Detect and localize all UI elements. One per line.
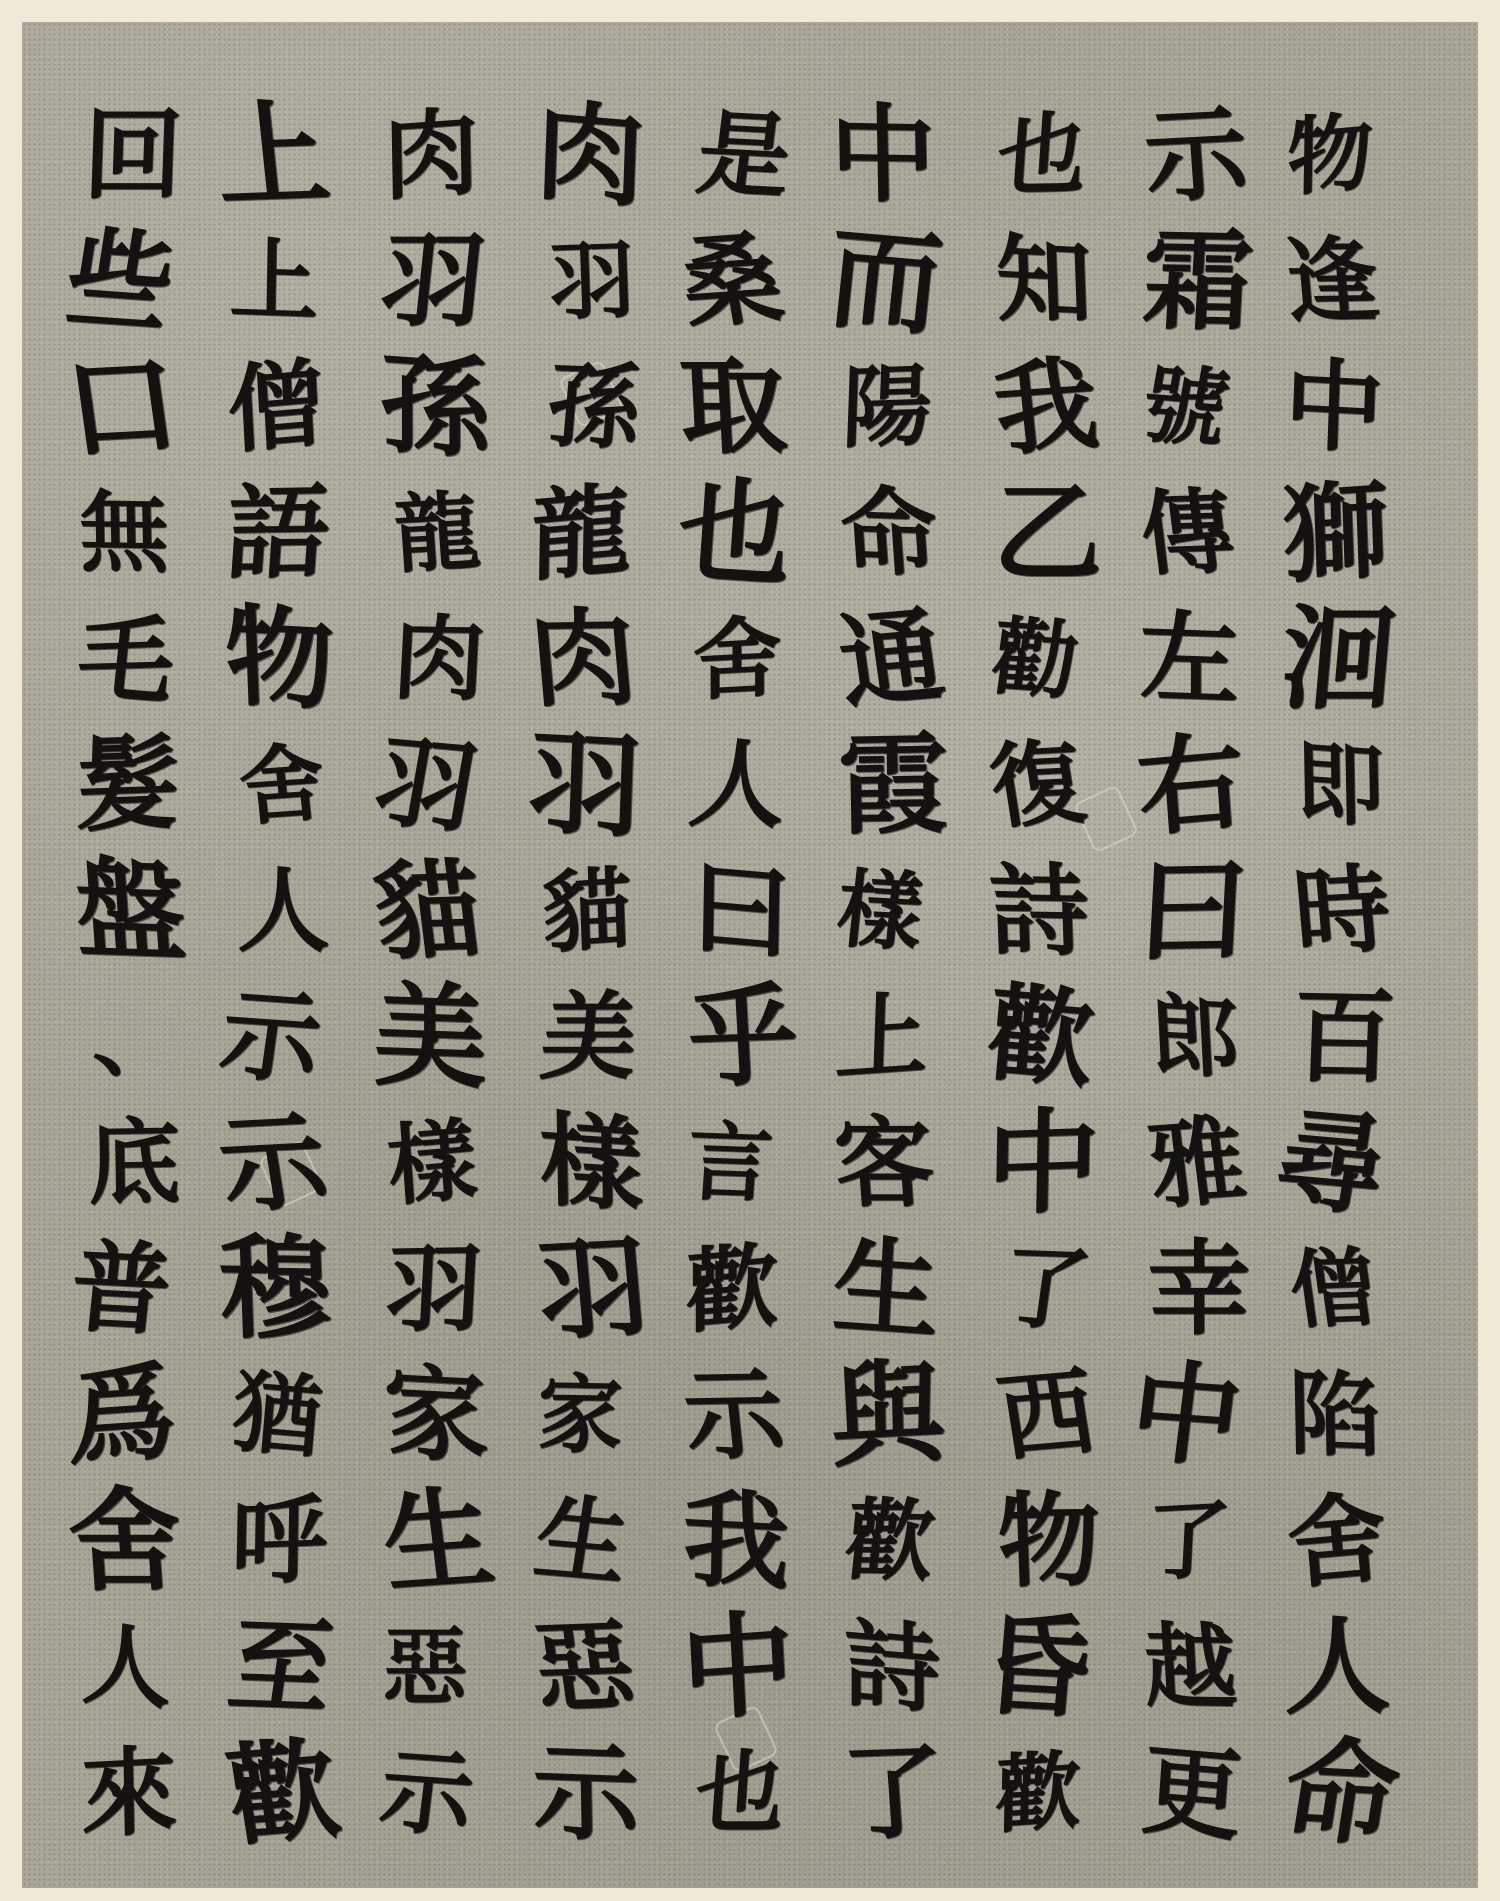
calligraphy-character: 西 xyxy=(991,1353,1104,1477)
calligraphy-character: 而 xyxy=(822,208,949,354)
calligraphy-character: 惡 xyxy=(382,1615,467,1718)
calligraphy-column-5: 是桑取也舍人曰乎言歡示我中也 xyxy=(662,92,812,1856)
calligraphy-character: 回 xyxy=(81,95,184,215)
calligraphy-character: 美 xyxy=(536,979,642,1095)
calligraphy-character: 乙 xyxy=(992,467,1104,600)
column-text: 肉羽孫龍肉羽貓美樣羽家生惡示 xyxy=(380,92,484,1856)
calligraphy-column-3: 也知我乙勸復詩歡中了西物昏歡 xyxy=(967,92,1117,1856)
calligraphy-character: 口 xyxy=(56,336,187,479)
calligraphy-character: 樣 xyxy=(538,1097,643,1228)
calligraphy-column-7: 肉羽孫龍肉羽貓美樣羽家生惡示 xyxy=(357,92,507,1856)
calligraphy-character: 無 xyxy=(79,478,170,587)
calligraphy-character: 越 xyxy=(1141,1610,1239,1723)
calligraphy-character: 歡 xyxy=(840,1486,940,1595)
calligraphy-character: 肉 xyxy=(533,84,647,226)
calligraphy-character: 穆 xyxy=(216,1220,334,1359)
calligraphy-character: 了 xyxy=(838,1729,949,1857)
calligraphy-character: 雅 xyxy=(1142,1102,1251,1224)
calligraphy-character: 人 xyxy=(80,1610,174,1723)
calligraphy-column-2: 示霜號傳左右曰郎雅幸中了越更 xyxy=(1117,92,1267,1856)
calligraphy-character: 示 xyxy=(1140,90,1251,220)
calligraphy-character: 貓 xyxy=(367,845,488,977)
calligraphy-character: 美 xyxy=(373,967,486,1108)
calligraphy-character: 貓 xyxy=(541,854,634,967)
calligraphy-character: 肉 xyxy=(390,602,488,715)
calligraphy-character: 命 xyxy=(837,473,941,592)
calligraphy-character: 命 xyxy=(1274,1722,1408,1865)
calligraphy-character: 上 xyxy=(229,226,320,337)
calligraphy-character: 也 xyxy=(994,100,1090,209)
calligraphy-character: 傳 xyxy=(1134,476,1240,591)
calligraphy-character: 曰 xyxy=(688,845,793,978)
calligraphy-character: 生 xyxy=(830,1221,943,1357)
calligraphy-character: 羽 xyxy=(375,219,491,343)
calligraphy-character: 勸 xyxy=(985,604,1084,713)
calligraphy-character: 陷 xyxy=(1288,1358,1382,1473)
calligraphy-character: 客 xyxy=(830,1103,938,1223)
column-text: 回些口無毛髮盤、底普爲舍人來 xyxy=(75,92,179,1856)
calligraphy-character: 底 xyxy=(87,1106,181,1219)
calligraphy-character: 時 xyxy=(1289,851,1394,972)
calligraphy-character: 語 xyxy=(222,470,333,596)
calligraphy-character: 上 xyxy=(834,978,931,1096)
calligraphy-character: 僧 xyxy=(225,345,327,469)
column-text: 中而陽命通霞樣上客生與歡詩了 xyxy=(835,92,939,1856)
calligraphy-character: 歡 xyxy=(218,1722,347,1864)
calligraphy-character: 樣 xyxy=(384,1106,480,1221)
calligraphy-column-6: 肉羽孫龍肉羽貓美樣羽家生惡示 xyxy=(512,92,662,1856)
calligraphy-character: 羽 xyxy=(367,721,486,849)
calligraphy-character: 上 xyxy=(208,85,335,226)
calligraphy-character: 曰 xyxy=(1133,842,1253,981)
calligraphy-character: 示 xyxy=(374,1734,479,1852)
calligraphy-character: 髮 xyxy=(74,721,181,849)
calligraphy-character: 陽 xyxy=(841,352,934,463)
calligraphy-character: 物 xyxy=(996,1478,1103,1604)
calligraphy-character: 也 xyxy=(674,461,796,605)
calligraphy-character: 示 xyxy=(532,1727,640,1859)
calligraphy-character: 了 xyxy=(1142,1487,1233,1595)
calligraphy-character: 生 xyxy=(528,1481,637,1600)
calligraphy-column-1: 物逢中獅洄即時百尋僧陷舍人命 xyxy=(1262,92,1412,1856)
calligraphy-character: 中 xyxy=(1282,344,1385,469)
calligraphy-column-9: 回些口無毛髮盤、底普爲舍人來 xyxy=(52,92,202,1856)
calligraphy-character: 物 xyxy=(223,590,338,728)
calligraphy-character: 來 xyxy=(80,1733,178,1854)
calligraphy-character: 示 xyxy=(213,974,328,1101)
calligraphy-character: 僧 xyxy=(1283,1236,1382,1342)
column-text: 是桑取也舍人曰乎言歡示我中也 xyxy=(685,92,789,1856)
calligraphy-character: 逢 xyxy=(1281,224,1383,337)
calligraphy-character: 惡 xyxy=(526,1605,642,1729)
calligraphy-character: 中 xyxy=(1123,1345,1248,1485)
column-text: 示霜號傳左右曰郎雅幸中了越更 xyxy=(1140,92,1244,1856)
calligraphy-character: 詩 xyxy=(987,850,1090,972)
calligraphy-character: 羽 xyxy=(526,714,644,857)
calligraphy-character: 物 xyxy=(1286,100,1374,210)
calligraphy-character: 詩 xyxy=(844,1605,940,1729)
calligraphy-character: 人 xyxy=(1284,1602,1395,1732)
calligraphy-character: 樣 xyxy=(832,857,928,965)
calligraphy-character: 羽 xyxy=(548,228,637,334)
calligraphy-character: 肉 xyxy=(382,94,480,216)
calligraphy-character: 人 xyxy=(237,855,331,967)
calligraphy-character: 通 xyxy=(831,593,950,726)
calligraphy-character: 尋 xyxy=(1266,1092,1395,1234)
column-text: 上上僧語物舍人示示穆猶呼至歡 xyxy=(225,92,329,1856)
calligraphy-character: 左 xyxy=(1139,597,1238,721)
column-text: 物逢中獅洄即時百尋僧陷舍人命 xyxy=(1285,92,1389,1856)
calligraphy-character: 龍 xyxy=(530,469,632,597)
calligraphy-character: 中 xyxy=(678,1595,798,1739)
calligraphy-character: 了 xyxy=(993,1234,1096,1345)
calligraphy-character: 龍 xyxy=(391,479,483,587)
calligraphy-paper: 物逢中獅洄即時百尋僧陷舍人命 示霜號傳左右曰郎雅幸中了越更 也知我乙勸復詩歡中了… xyxy=(22,22,1478,1888)
calligraphy-character: 是 xyxy=(691,97,796,213)
calligraphy-character: 霜 xyxy=(1140,214,1256,349)
calligraphy-character: 生 xyxy=(375,1471,500,1611)
calligraphy-character: 我 xyxy=(988,341,1103,472)
calligraphy-character: 中 xyxy=(985,1093,1101,1234)
calligraphy-character: 取 xyxy=(677,343,790,472)
calligraphy-character: 爲 xyxy=(67,1347,178,1483)
column-text: 也知我乙勸復詩歡中了西物昏歡 xyxy=(990,92,1094,1856)
calligraphy-character: 乎 xyxy=(685,969,801,1105)
calligraphy-character: 也 xyxy=(692,1739,788,1847)
calligraphy-column-4: 中而陽命通霞樣上客生與歡詩了 xyxy=(812,92,962,1856)
calligraphy-character: 言 xyxy=(684,1110,776,1216)
calligraphy-character: 復 xyxy=(982,727,1091,843)
calligraphy-character: 右 xyxy=(1134,716,1249,853)
calligraphy-character: 歡 xyxy=(686,1229,779,1348)
calligraphy-character: 普 xyxy=(65,1226,176,1351)
column-text: 肉羽孫龍肉羽貓美樣羽家生惡示 xyxy=(535,92,639,1856)
calligraphy-column-8: 上上僧語物舍人示示穆猶呼至歡 xyxy=(202,92,352,1856)
calligraphy-character: 盤 xyxy=(70,843,189,979)
calligraphy-character: 呼 xyxy=(230,1481,328,1600)
calligraphy-character: 更 xyxy=(1138,1729,1245,1857)
calligraphy-character: 歡 xyxy=(983,968,1100,1105)
calligraphy-character: 霞 xyxy=(837,718,949,853)
calligraphy-character: 與 xyxy=(830,1344,945,1487)
calligraphy-character: 中 xyxy=(829,90,937,220)
calligraphy-character: 至 xyxy=(221,1603,341,1731)
calligraphy-character: 家 xyxy=(381,1350,491,1480)
calligraphy-character: 舍 xyxy=(1282,1477,1391,1605)
calligraphy-character: 示 xyxy=(678,1354,790,1476)
calligraphy-character: 猶 xyxy=(228,1358,326,1473)
calligraphy-character: 孫 xyxy=(380,337,490,477)
calligraphy-character: 舍 xyxy=(693,603,782,715)
calligraphy-character: 毛 xyxy=(72,597,179,721)
calligraphy-character: 昏 xyxy=(976,1598,1097,1736)
calligraphy-character: 孫 xyxy=(543,350,645,465)
calligraphy-character: 知 xyxy=(994,221,1094,342)
calligraphy-character: 些 xyxy=(57,213,182,349)
calligraphy-character: 桑 xyxy=(671,218,790,345)
calligraphy-character: 洄 xyxy=(1275,591,1400,728)
calligraphy-character: 、 xyxy=(83,982,182,1092)
calligraphy-character: 示 xyxy=(210,1096,336,1230)
calligraphy-character: 百 xyxy=(1291,974,1398,1100)
calligraphy-character: 我 xyxy=(682,1474,790,1608)
calligraphy-character: 肉 xyxy=(524,594,641,724)
calligraphy-character: 歡 xyxy=(994,1738,1081,1847)
calligraphy-character: 羽 xyxy=(383,1230,485,1348)
calligraphy-character: 羽 xyxy=(533,1220,654,1358)
calligraphy-character: 舍 xyxy=(234,730,330,839)
calligraphy-character: 舍 xyxy=(64,1473,187,1610)
calligraphy-character: 獅 xyxy=(1281,465,1392,601)
calligraphy-character: 家 xyxy=(536,1363,625,1468)
calligraphy-character: 號 xyxy=(1134,352,1236,462)
calligraphy-character: 即 xyxy=(1295,728,1386,841)
calligraphy-character: 幸 xyxy=(1148,1227,1251,1351)
calligraphy-character: 人 xyxy=(684,726,794,844)
calligraphy-character: 郎 xyxy=(1148,981,1243,1093)
